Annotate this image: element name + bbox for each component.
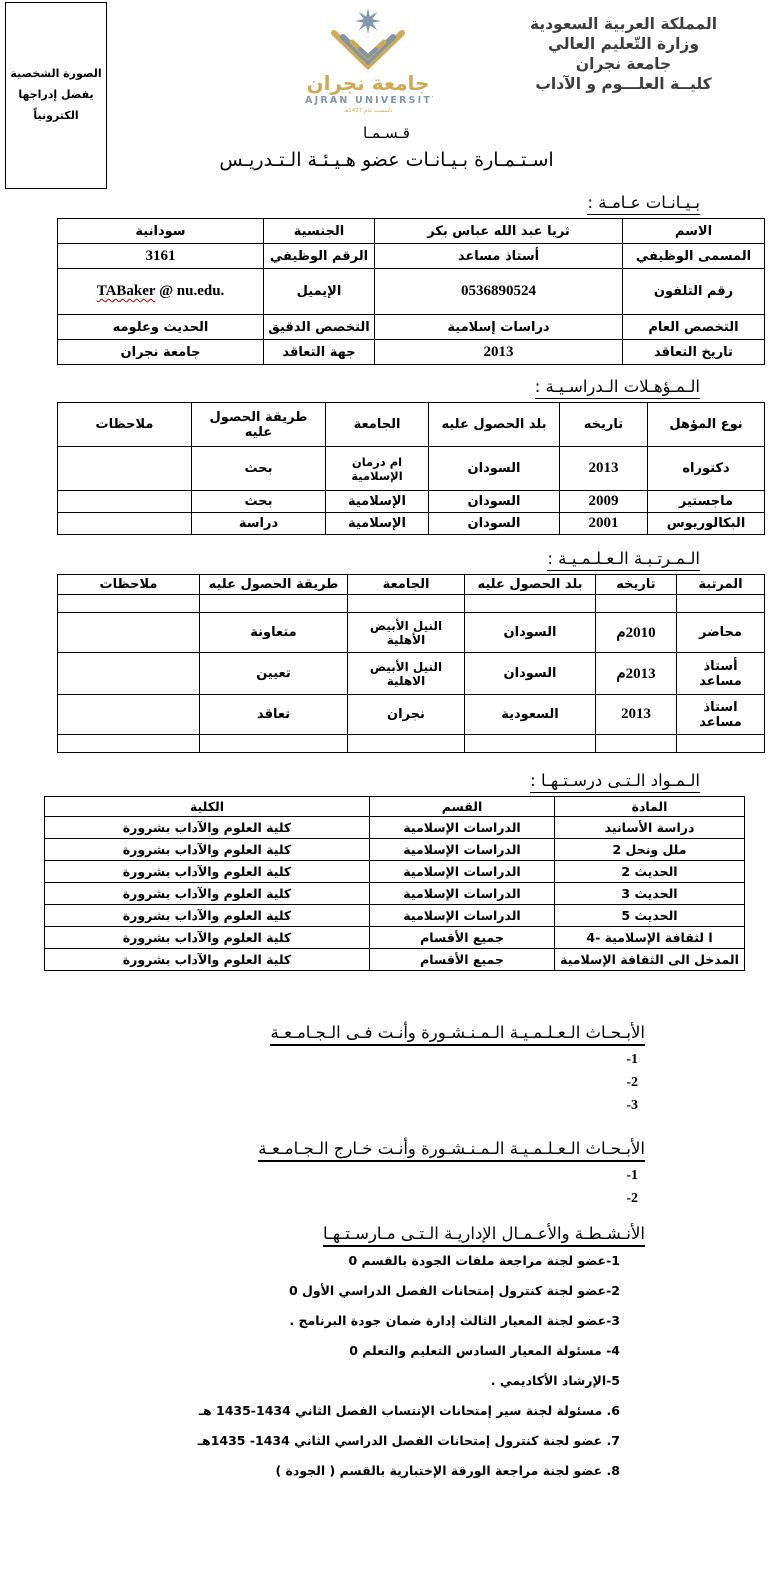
cell: السودان [429,513,560,535]
faculty-data-form-page: الصورة الشخصية يفضل إدراجها الكترونياً ج… [0,0,773,1577]
cell [58,491,192,513]
government-header: المملكة العربية السعودية وزارة التّعليم … [476,14,771,95]
cell: كلية العلوم والآداب بشرورة [45,839,370,861]
research-inside-item: -1 [0,1048,773,1071]
cell: محاضر [677,613,765,653]
research-inside-item: -3 [0,1094,773,1117]
cell: دكتوراه [648,447,765,491]
cell: الدراسات الإسلامية [370,883,555,905]
cell: التخصص الدقيق [264,315,375,340]
photo-box-line2: يفضل إدراجها الكترونياً [6,85,106,127]
cell: 2013 [375,340,623,365]
cell [58,595,200,613]
cell [200,595,348,613]
header-cell: الجامعة [348,575,465,595]
cell: 3161 [58,244,264,269]
header-cell: طريقة الحصول عليه [192,403,326,447]
header-cell: ملاحظات [58,403,192,447]
general-data-heading: بـيـانـات عـامـة : [0,193,773,212]
email-value: TABaker @ nu.edu. [97,283,225,299]
cell: جهة التعاقد [264,340,375,365]
header-cell: الجامعة [326,403,429,447]
cell: دراسة [192,513,326,535]
cell [596,735,677,753]
gov-header-university: جامعة نجران [476,54,771,74]
cell [465,595,596,613]
cell: جميع الأقسام [370,949,555,971]
cell [677,595,765,613]
gov-header-college: كليــة العلـــوم و الآداب [476,74,771,94]
header-cell: القسم [370,797,555,817]
cell: الرقم الوظيفي [264,244,375,269]
logo-star-icon [355,8,381,34]
cell: رقم التلفون [623,269,765,315]
courses-table: المادة القسم الكلية دراسة الأسانيد الدرا… [44,796,745,971]
cell: كلية العلوم والآداب بشرورة [45,949,370,971]
cell: البكالوريوس [648,513,765,535]
cell [677,735,765,753]
cell: الحديث 5 [555,905,745,927]
cell [58,447,192,491]
cell: ملل ونحل 2 [555,839,745,861]
cell [465,735,596,753]
cell: 2013م [596,653,677,695]
cell: النيل الأبيض الاهلية [348,653,465,695]
cell: نجران [348,695,465,735]
cell: 2009 [560,491,648,513]
header-cell: طريقة الحصول عليه [200,575,348,595]
cell: التخصص العام [623,315,765,340]
photo-box-line1: الصورة الشخصية [6,64,106,85]
cell: أستاذ مساعد [677,653,765,695]
cell: ثريا عبد الله عباس بكر [375,219,623,244]
research-inside-item: -2 [0,1071,773,1094]
courses-heading: الـمـواد الـتـى درسـتـهـا : [0,771,773,790]
cell: السودان [429,491,560,513]
cell: 2010م [596,613,677,653]
logo-arabic-wordmark: جامعة نجران [307,71,430,95]
header-cell: تاريخه [560,403,648,447]
header-cell: بلد الحصول عليه [429,403,560,447]
cell: تعاقد [200,695,348,735]
header-cell: ملاحظات [58,575,200,595]
cell: الاسم [623,219,765,244]
cell: تاريخ التعاقد [623,340,765,365]
general-info-table: الاسم ثريا عبد الله عباس بكر الجنسية سود… [57,218,765,365]
cell: 2013 [560,447,648,491]
activity-item: 4- مسئولة المعيار السادس التعليم والتعلم… [0,1343,773,1358]
activity-item: 6. مسئولة لجنة سير إمتحانات الإنتساب الف… [0,1403,773,1418]
cell: كلية العلوم والآداب بشرورة [45,817,370,839]
qualifications-table: نوع المؤهل تاريخه بلد الحصول عليه الجامع… [57,402,765,535]
cell: ام درمان الإسلامية [326,447,429,491]
activity-item: 7. عضو لجنة كنترول إمتحانات الفصل الدراس… [0,1433,773,1448]
cell: الإسلامية [326,513,429,535]
cell: المسمى الوظيفي [623,244,765,269]
header-cell: الكلية [45,797,370,817]
header-cell: المادة [555,797,745,817]
cell: 2013 [596,695,677,735]
cell [58,735,200,753]
cell: كلية العلوم والآداب بشرورة [45,861,370,883]
rank-table: المرتبة تاريخه بلد الحصول عليه الجامعة ط… [57,574,765,753]
cell: 2001 [560,513,648,535]
cell: ماجستير [648,491,765,513]
cell: دراسة الأسانيد [555,817,745,839]
header-cell: نوع المؤهل [648,403,765,447]
cell [58,613,200,653]
header-cell: تاريخه [596,575,677,595]
cell: الحديث وعلومه [58,315,264,340]
cell: تعيين [200,653,348,695]
qualifications-heading: الـمـؤهـلات الـدراسـيـة : [0,377,773,396]
rank-heading: الـمـرتـبـة الـعـلـمـيـة : [0,549,773,568]
cell [58,513,192,535]
department-title: قـسـمـا [0,124,773,142]
cell: الدراسات الإسلامية [370,905,555,927]
research-outside-heading: الأبـحـاث الـعـلـمـيـة الـمـنـشـورة وأنـ… [0,1139,773,1158]
cell: السودان [465,613,596,653]
cell: جميع الأقسام [370,927,555,949]
university-logo-icon: جامعة نجران NAJRAN UNIVERSITY تأسست عام … [303,4,433,118]
cell: جامعة نجران [58,340,264,365]
logo-english-wordmark: NAJRAN UNIVERSITY [303,95,433,106]
cell: ا لثقافة الإسلامية -4 [555,927,745,949]
cell: المدخل الى الثقافة الإسلامية [555,949,745,971]
photo-placeholder-box: الصورة الشخصية يفضل إدراجها الكترونياً [5,2,107,189]
research-inside-heading: الأبـحـاث الـعـلـمـيـة الـمـنـشـورة وأنـ… [0,1023,773,1042]
header-cell: المرتبة [677,575,765,595]
logo-founded-text: تأسست عام 1427هـ [343,106,393,114]
cell: دراسات إسلامية [375,315,623,340]
activity-item: 8. عضو لجنة مراجعة الورقة الإختبارية بال… [0,1463,773,1478]
gov-header-country: المملكة العربية السعودية [476,14,771,34]
cell: استاذ مساعد [677,695,765,735]
cell: الدراسات الإسلامية [370,839,555,861]
activities-heading: الأنـشـطـة والأعـمـال الإداريـة الـتـى م… [0,1224,773,1243]
cell: أستاذ مساعد [375,244,623,269]
research-outside-item: -2 [0,1187,773,1210]
cell: متعاونة [200,613,348,653]
activity-item: 1-عضو لجنة مراجعة ملفات الجودة بالقسم 0 [0,1253,773,1268]
najran-university-logo: جامعة نجران NAJRAN UNIVERSITY تأسست عام … [303,4,433,118]
cell: الحديث 3 [555,883,745,905]
cell: 0536890524 [375,269,623,315]
activity-item: 5-الإرشاد الأكاديمي . [0,1373,773,1388]
form-title: اسـتـمـارة بـيـانـات عضو هـيـئـة الـتـدر… [0,149,773,171]
cell [596,595,677,613]
cell: السعودية [465,695,596,735]
cell: كلية العلوم والآداب بشرورة [45,927,370,949]
activity-item: 2-عضو لجنة كنترول إمتحانات الفصل الدراسي… [0,1283,773,1298]
cell: الإيميل [264,269,375,315]
cell: الجنسية [264,219,375,244]
cell: النيل الأبيض الأهلية [348,613,465,653]
gov-header-ministry: وزارة التّعليم العالي [476,34,771,54]
cell [348,595,465,613]
email-cell: TABaker @ nu.edu. [58,269,264,315]
cell [58,695,200,735]
cell: كلية العلوم والآداب بشرورة [45,883,370,905]
cell: السودان [465,653,596,695]
cell [200,735,348,753]
cell [58,653,200,695]
cell: سودانية [58,219,264,244]
cell: السودان [429,447,560,491]
cell: كلية العلوم والآداب بشرورة [45,905,370,927]
cell [348,735,465,753]
research-outside-item: -1 [0,1164,773,1187]
cell: الحديث 2 [555,861,745,883]
cell: الدراسات الإسلامية [370,817,555,839]
activity-item: 3-عضو لجنة المعيار الثالث إدارة ضمان جود… [0,1313,773,1328]
cell: بحث [192,491,326,513]
cell: الإسلامية [326,491,429,513]
cell: بحث [192,447,326,491]
cell: الدراسات الإسلامية [370,861,555,883]
header-cell: بلد الحصول عليه [465,575,596,595]
